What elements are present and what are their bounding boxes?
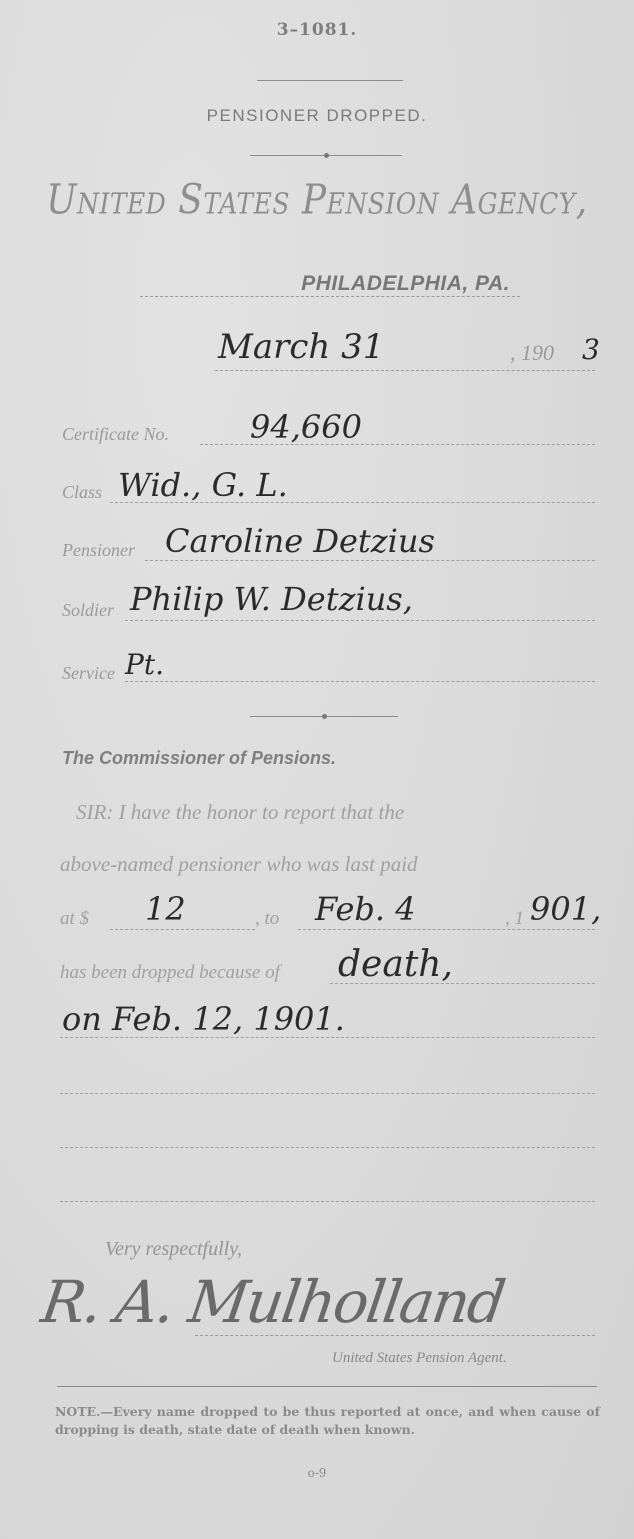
agent-title: United States Pension Agent.	[332, 1350, 507, 1367]
date-handwritten: March 31	[218, 327, 384, 367]
blank-line	[60, 1201, 595, 1202]
addressee: The Commissioner of Pensions.	[62, 748, 336, 769]
pensioner-label: Pensioner	[62, 540, 135, 561]
service-value: Pt.	[125, 648, 164, 681]
form-number: 3–1081.	[0, 20, 634, 40]
paid-to-value: Feb. 4	[315, 890, 416, 928]
blank-line	[60, 1147, 595, 1148]
soldier-label: Soldier	[62, 600, 114, 621]
letter-line-2: above-named pensioner who was last paid	[60, 852, 418, 877]
form-title: PENSIONER DROPPED.	[0, 106, 634, 126]
footnote: NOTE.—Every name dropped to be thus repo…	[55, 1403, 600, 1439]
amount-label: at $	[60, 908, 89, 930]
date-printed-year: , 190	[510, 340, 554, 366]
divider-ornament	[250, 716, 398, 717]
soldier-value: Philip W. Detzius,	[130, 580, 413, 618]
service-label: Service	[62, 663, 115, 684]
dropped-label: has been dropped because of	[60, 962, 280, 984]
class-value: Wid., G. L.	[118, 466, 288, 504]
to-label: , to	[255, 908, 279, 930]
city-heading: PHILADELPHIA, PA.	[140, 272, 520, 297]
note-divider	[57, 1386, 597, 1387]
divider	[257, 80, 403, 81]
letter-line-1: SIR: I have the honor to report that the	[76, 800, 404, 825]
certificate-label: Certificate No.	[62, 424, 169, 445]
paid-to-line	[298, 929, 595, 930]
agency-heading: United States Pension Agency,	[0, 177, 634, 224]
divider-ornament	[250, 155, 402, 156]
amount-value: 12	[145, 890, 186, 928]
date-year-digit: 3	[582, 333, 600, 366]
signature: R. A. Mulholland	[37, 1268, 508, 1336]
service-line	[125, 681, 595, 682]
cause-value: death,	[338, 944, 453, 985]
class-label: Class	[62, 482, 102, 503]
form-code: o-9	[0, 1466, 634, 1480]
pensioner-value: Caroline Detzius	[165, 522, 435, 560]
pensioner-line	[145, 560, 595, 561]
year-prefix: , 1	[505, 908, 524, 930]
blank-line	[60, 1093, 595, 1094]
salutation: Very respectfully,	[105, 1238, 242, 1261]
soldier-line	[125, 620, 595, 621]
cause-detail-value: on Feb. 12, 1901.	[62, 1000, 345, 1038]
certificate-value: 94,660	[250, 408, 362, 446]
paid-to-year: 901,	[530, 890, 601, 928]
amount-line	[110, 929, 255, 930]
signature-line	[195, 1335, 595, 1336]
